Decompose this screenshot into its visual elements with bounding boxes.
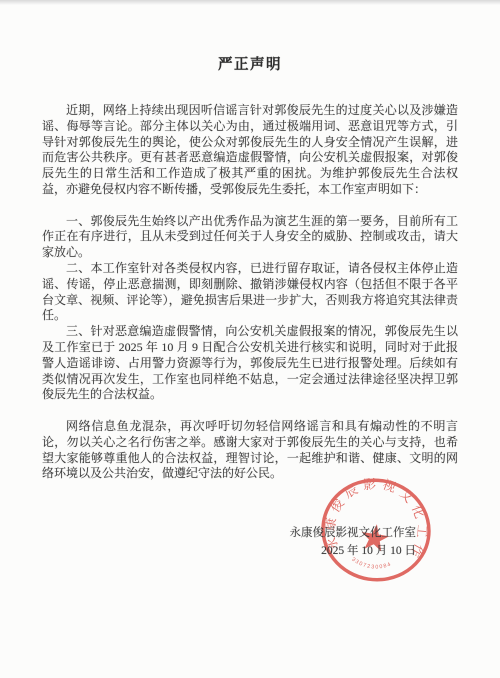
statement-item-1: 一、郭俊辰先生始终以产出优秀作品为演艺生涯的第一要务，目前所有工作正在有序进行，… xyxy=(42,214,458,261)
intro-paragraph: 近期，网络上持续出现因听信谣言针对郭俊辰先生的过度关心以及涉嫌造谣、侮辱等言论。… xyxy=(42,103,458,198)
statement-item-3: 三、针对恶意编造虚假警情，向公安机关虚假报案的情况，郭俊辰先生以及工作室已于 2… xyxy=(42,324,458,403)
signature-date: 2025 年 10 月 10 日 xyxy=(290,542,417,560)
document-page: 严正声明 近期，网络上持续出现因听信谣言针对郭俊辰先生的过度关心以及涉嫌造谣、侮… xyxy=(0,0,500,678)
signature-block: 永康俊辰影视文化工作室 2025 年 10 月 10 日 xyxy=(290,524,417,560)
signature-name: 永康俊辰影视文化工作室 xyxy=(290,524,417,542)
statement-body: 近期，网络上持续出现因听信谣言针对郭俊辰先生的过度关心以及涉嫌造谣、侮辱等言论。… xyxy=(42,103,458,482)
statement-item-2: 二、本工作室针对各类侵权内容，已进行留存取证，请各侵权主体停止造谣、传谣，停止恶… xyxy=(42,261,458,324)
closing-paragraph: 网络信息鱼龙混杂，再次呼吁切勿轻信网络谣言和具有煽动性的不明言论，勿以关心之名行… xyxy=(42,419,458,482)
page-title: 严正声明 xyxy=(0,0,500,74)
